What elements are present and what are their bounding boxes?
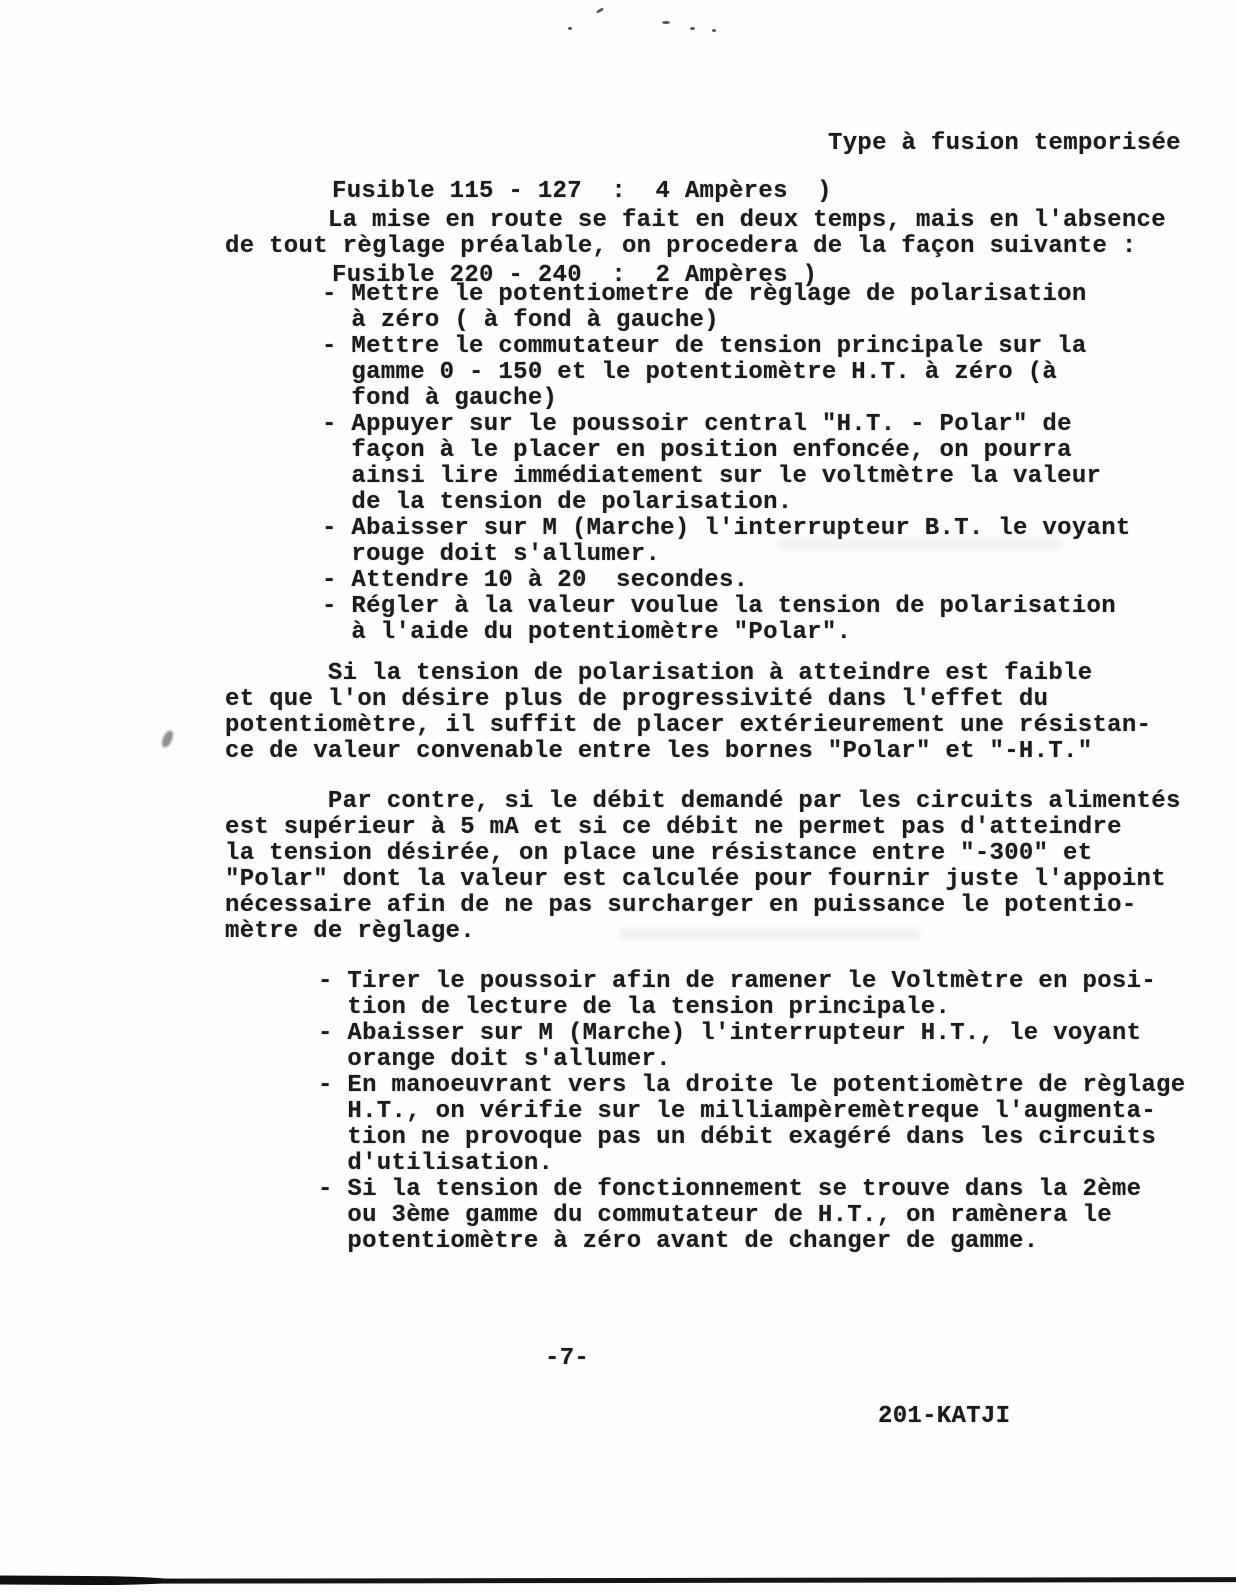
list-item: - Si la tension de fonctionnement se tro… bbox=[318, 1177, 1185, 1255]
scan-speckle bbox=[662, 21, 670, 24]
scan-speckle bbox=[690, 27, 695, 30]
procedure-list-ht: - Tirer le poussoir afin de ramener le V… bbox=[318, 969, 1185, 1255]
paragraph-tension-faible: Si la tension de polarisation à atteindr… bbox=[225, 661, 1151, 765]
list-item: - Tirer le poussoir afin de ramener le V… bbox=[318, 969, 1185, 1021]
list-item: - Abaisser sur M (Marche) l'interrupteur… bbox=[318, 1021, 1185, 1073]
list-item: - Régler à la valeur voulue la tension d… bbox=[322, 594, 1131, 646]
scan-smudge bbox=[620, 928, 920, 940]
scanner-edge-line bbox=[0, 1577, 1236, 1584]
list-item: - Appuyer sur le poussoir central "H.T. … bbox=[322, 412, 1131, 516]
scan-smudge bbox=[780, 538, 1060, 550]
paragraph-par-contre: Par contre, si le débit demandé par les … bbox=[225, 789, 1181, 945]
fuse-line-115-127: Fusible 115 - 127 : 4 Ampères ) bbox=[332, 178, 832, 206]
page-number: -7- bbox=[545, 1346, 589, 1372]
list-item: - Attendre 10 à 20 secondes. bbox=[322, 568, 1131, 594]
list-item: - En manoeuvrant vers la droite le poten… bbox=[318, 1073, 1185, 1177]
list-item: - Mettre le commutateur de tension princ… bbox=[322, 334, 1131, 412]
list-item: - Mettre le potentiometre de règlage de … bbox=[322, 282, 1131, 334]
scan-speckle bbox=[568, 27, 572, 30]
document-reference: 201-KATJI bbox=[878, 1404, 1010, 1430]
pen-mark bbox=[160, 729, 176, 749]
scanned-document-page: Fusible 115 - 127 : 4 Ampères ) Fusible … bbox=[0, 0, 1236, 1592]
scanner-edge-wedge bbox=[0, 1576, 178, 1586]
procedure-list-polarisation: - Mettre le potentiometre de règlage de … bbox=[322, 282, 1131, 646]
fuse-brace-note: Type à fusion temporisée bbox=[828, 131, 1181, 157]
scan-speckle bbox=[596, 7, 604, 14]
scan-speckle bbox=[712, 29, 716, 32]
intro-paragraph: La mise en route se fait en deux temps, … bbox=[225, 208, 1166, 260]
